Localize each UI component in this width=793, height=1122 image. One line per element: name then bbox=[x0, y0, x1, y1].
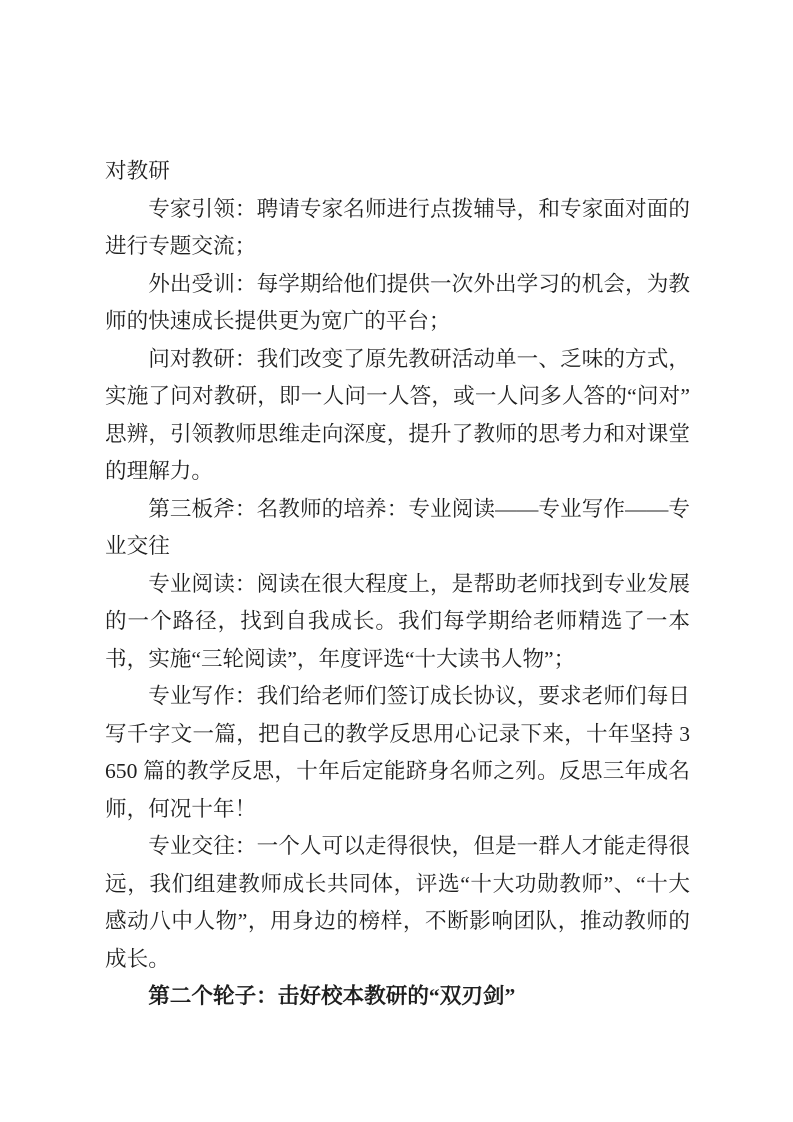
paragraph: 第三板斧：名教师的培养：专业阅读——专业写作——专业交往 bbox=[105, 491, 690, 566]
paragraph: 专业写作：我们给老师们签订成长协议，要求老师们每日写千字文一篇，把自己的教学反思… bbox=[105, 678, 690, 828]
paragraph: 问对教研：我们改变了原先教研活动单一、乏味的方式，实施了问对教研，即一人问一人答… bbox=[105, 341, 690, 491]
document-page: 对教研专家引领：聘请专家名师进行点拨辅导，和专家面对面的进行专题交流；外出受训：… bbox=[0, 0, 793, 1122]
paragraph: 外出受训：每学期给他们提供一次外出学习的机会，为教师的快速成长提供更为宽广的平台… bbox=[105, 266, 690, 341]
document-body: 对教研专家引领：聘请专家名师进行点拨辅导，和专家面对面的进行专题交流；外出受训：… bbox=[105, 153, 690, 1016]
paragraph: 专业阅读：阅读在很大程度上，是帮助老师找到专业发展的一个路径，找到自我成长。我们… bbox=[105, 566, 690, 679]
paragraph: 对教研 bbox=[105, 153, 690, 191]
section-heading: 第二个轮子：击好校本教研的“双刃剑” bbox=[105, 978, 690, 1016]
paragraph: 专业交往：一个人可以走得很快，但是一群人才能走得很远，我们组建教师成长共同体，评… bbox=[105, 828, 690, 978]
paragraph: 专家引领：聘请专家名师进行点拨辅导，和专家面对面的进行专题交流； bbox=[105, 191, 690, 266]
